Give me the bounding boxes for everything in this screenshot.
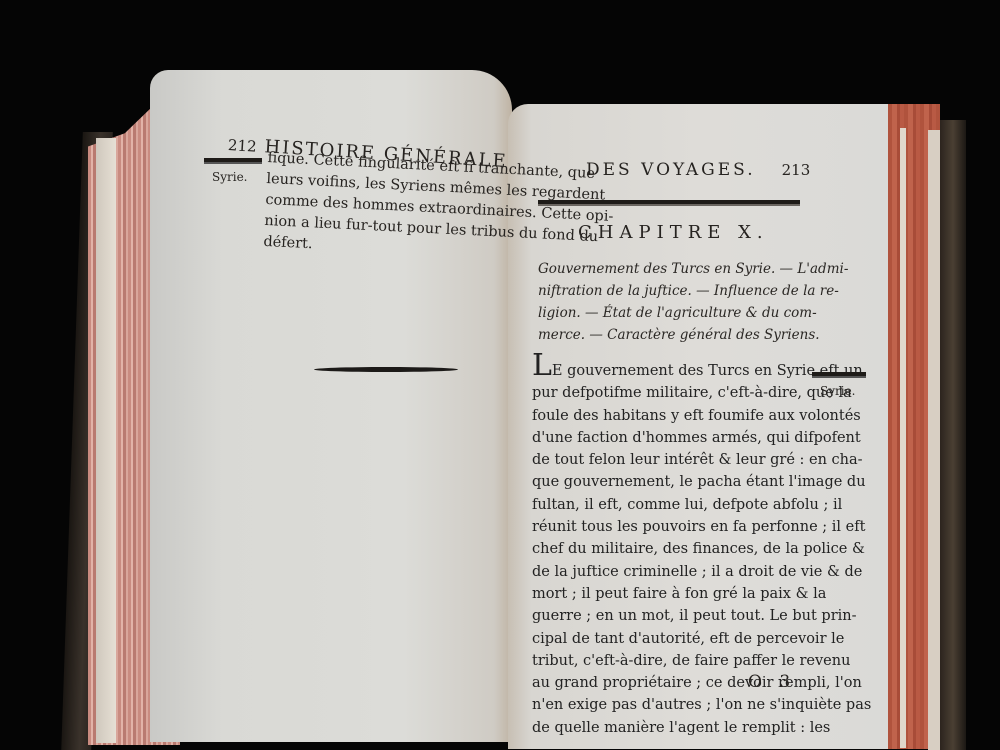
header-rule: [538, 200, 800, 206]
right-margin-note: Syrie.: [820, 384, 856, 398]
text-line: pur defpotifme militaire, c'eft-à-dire, …: [532, 382, 812, 404]
book-cover-right: [940, 120, 966, 750]
left-margin-note: Syrie.: [212, 170, 248, 184]
right-running-head-text: DES VOYAGES.: [586, 160, 756, 180]
text-line: cipal de tant d'autorité, eft de percevo…: [532, 628, 812, 650]
text-line: réunit tous les pouvoirs en fa perfonne …: [532, 516, 812, 538]
right-page-number: 213: [782, 161, 811, 179]
left-body-text: fique. Cette fingularité eft fi tranchan…: [263, 148, 616, 270]
text-line: fultan, il eft, comme lui, defpote abfol…: [532, 494, 812, 516]
endpaper-edge-right-outer: [928, 130, 940, 750]
summary-line: niftration de la juftice. — Influence de…: [538, 280, 810, 302]
margin-rule-right: [812, 372, 866, 378]
text-line: guerre ; en un mot, il peut tout. Le but…: [532, 605, 812, 627]
text-line: n'en exige pas d'autres ; l'on ne s'inqu…: [532, 694, 812, 716]
chapter-summary: Gouvernement des Turcs en Syrie. — L'adm…: [538, 258, 810, 346]
text-line: que gouvernement, le pacha étant l'image…: [532, 471, 812, 493]
summary-line: merce. — Caractère général des Syriens.: [538, 324, 810, 346]
summary-line: ligion. — État de l'agriculture & du com…: [538, 302, 810, 324]
summary-line: Gouvernement des Turcs en Syrie. — L'adm…: [538, 258, 810, 280]
endpaper-edge-left: [96, 138, 116, 743]
tailpiece-ornament: [314, 367, 458, 372]
right-running-head: DES VOYAGES.213: [586, 160, 810, 180]
text-line: chef du militaire, des finances, de la p…: [532, 538, 812, 560]
first-line: LE gouvernement des Turcs en Syrie eft u…: [532, 356, 812, 382]
chapter-title: CHAPITRE X.: [578, 222, 769, 243]
text-line: mort ; il peut faire à fon gré la paix &…: [532, 583, 812, 605]
text-line: tribut, c'eft-à-dire, de faire paffer le…: [532, 650, 812, 672]
text-line: de quelle manière l'agent le remplit : l…: [532, 717, 812, 739]
text-line: de tout felon leur intérêt & leur gré : …: [532, 449, 812, 471]
drop-cap: L: [532, 348, 552, 383]
printer-signature: O 3: [748, 672, 796, 692]
margin-rule-left: [204, 158, 262, 164]
endpaper-edge-right: [900, 128, 906, 748]
left-page-number: 212: [227, 136, 257, 156]
text-line: foule des habitans y eft foumife aux vol…: [532, 405, 812, 427]
text-line: d'une faction d'hommes armés, qui difpof…: [532, 427, 812, 449]
text-line: de la juftice criminelle ; il a droit de…: [532, 561, 812, 583]
